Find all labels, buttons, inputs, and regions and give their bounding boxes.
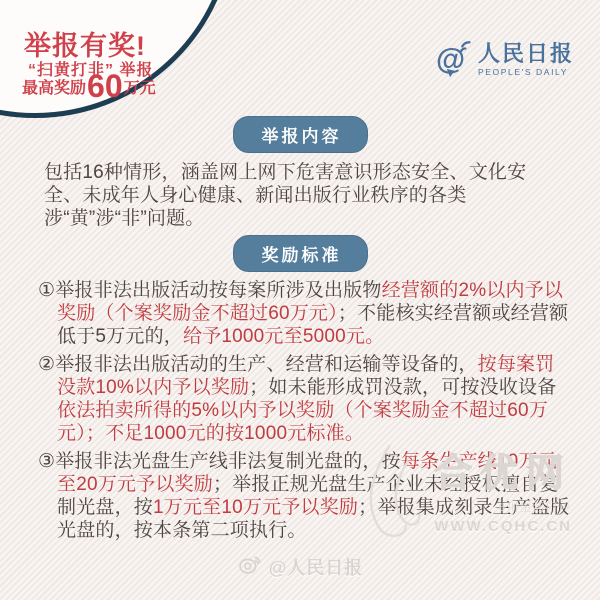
text-segment: ①举报非法出版活动按每案所涉及出版物 — [38, 280, 382, 301]
poster: 举报有奖! “扫黄打非” 举报 最高奖励 60 万元 @ 人民日报 PEOPLE… — [0, 0, 600, 600]
reward-rule-2: ②举报非法出版活动的生产、经营和运输等设备的，按每案罚没款10%以内予以奖励；如… — [0, 353, 600, 445]
at-megaphone-icon: @ — [436, 39, 474, 84]
badge-reward-unit: 万元 — [124, 75, 156, 98]
text-segment: ③举报非法光盘生产线非法复制光盘的，按 — [38, 451, 401, 472]
peoples-daily-logo: @ 人民日报 PEOPLE'S DAILY — [436, 39, 574, 84]
weibo-icon — [237, 551, 263, 582]
text-segment: 依法拍卖所得的5%以内予以奖励（个案奖励金不超过60万元）；不足1000元的按1… — [57, 400, 548, 444]
watermark-url: WWW.CQHC.CN — [434, 518, 572, 535]
logo-subtitle: PEOPLE'S DAILY — [478, 67, 574, 77]
report-content-paragraph: 包括16种情形，涵盖网上网下危害意识形态安全、文化安全、未成年人身心健康、新闻出… — [0, 161, 600, 230]
text-segment: 包括16种情形，涵盖网上网下危害意识形态安全、文化安全、未成年人身心健康、新闻出… — [44, 162, 526, 229]
section-title-report-content: 举报内容 — [233, 116, 368, 153]
text-segment: ②举报非法出版活动的生产、经营和运输等设备的， — [38, 354, 478, 375]
section-title-reward-standard: 奖励标准 — [233, 235, 368, 272]
reward-badge: 举报有奖! “扫黄打非” 举报 最高奖励 60 万元 — [0, 0, 230, 120]
text-segment: 给予1000元至5000元。 — [183, 326, 384, 347]
watermark-site-name: 合优网 — [434, 455, 572, 493]
weibo-credit: @人民日报 — [0, 551, 600, 582]
text-segment: ；如未能形成罚没款，可按没收设备 — [249, 377, 556, 398]
watermark-tagline: 8川生活门户 — [434, 499, 572, 515]
logo-text: 人民日报 PEOPLE'S DAILY — [478, 42, 574, 77]
reward-rule-1: ①举报非法出版活动按每案所涉及出版物经营额的2%以内予以奖励（个案奖励金不超过6… — [0, 279, 600, 348]
badge-reward-amount: 60 — [87, 70, 123, 102]
badge-reward-prefix: 最高奖励 — [22, 75, 86, 98]
watermark-swan-icon — [362, 443, 424, 548]
text-segment: 1万元至10万元予以奖励 — [153, 497, 358, 518]
site-watermark: 合优网 8川生活门户 WWW.CQHC.CN — [362, 455, 572, 548]
badge-reward-line: 最高奖励 60 万元 — [22, 70, 156, 102]
weibo-credit-text: @人民日报 — [269, 554, 364, 580]
logo-name: 人民日报 — [478, 42, 574, 65]
